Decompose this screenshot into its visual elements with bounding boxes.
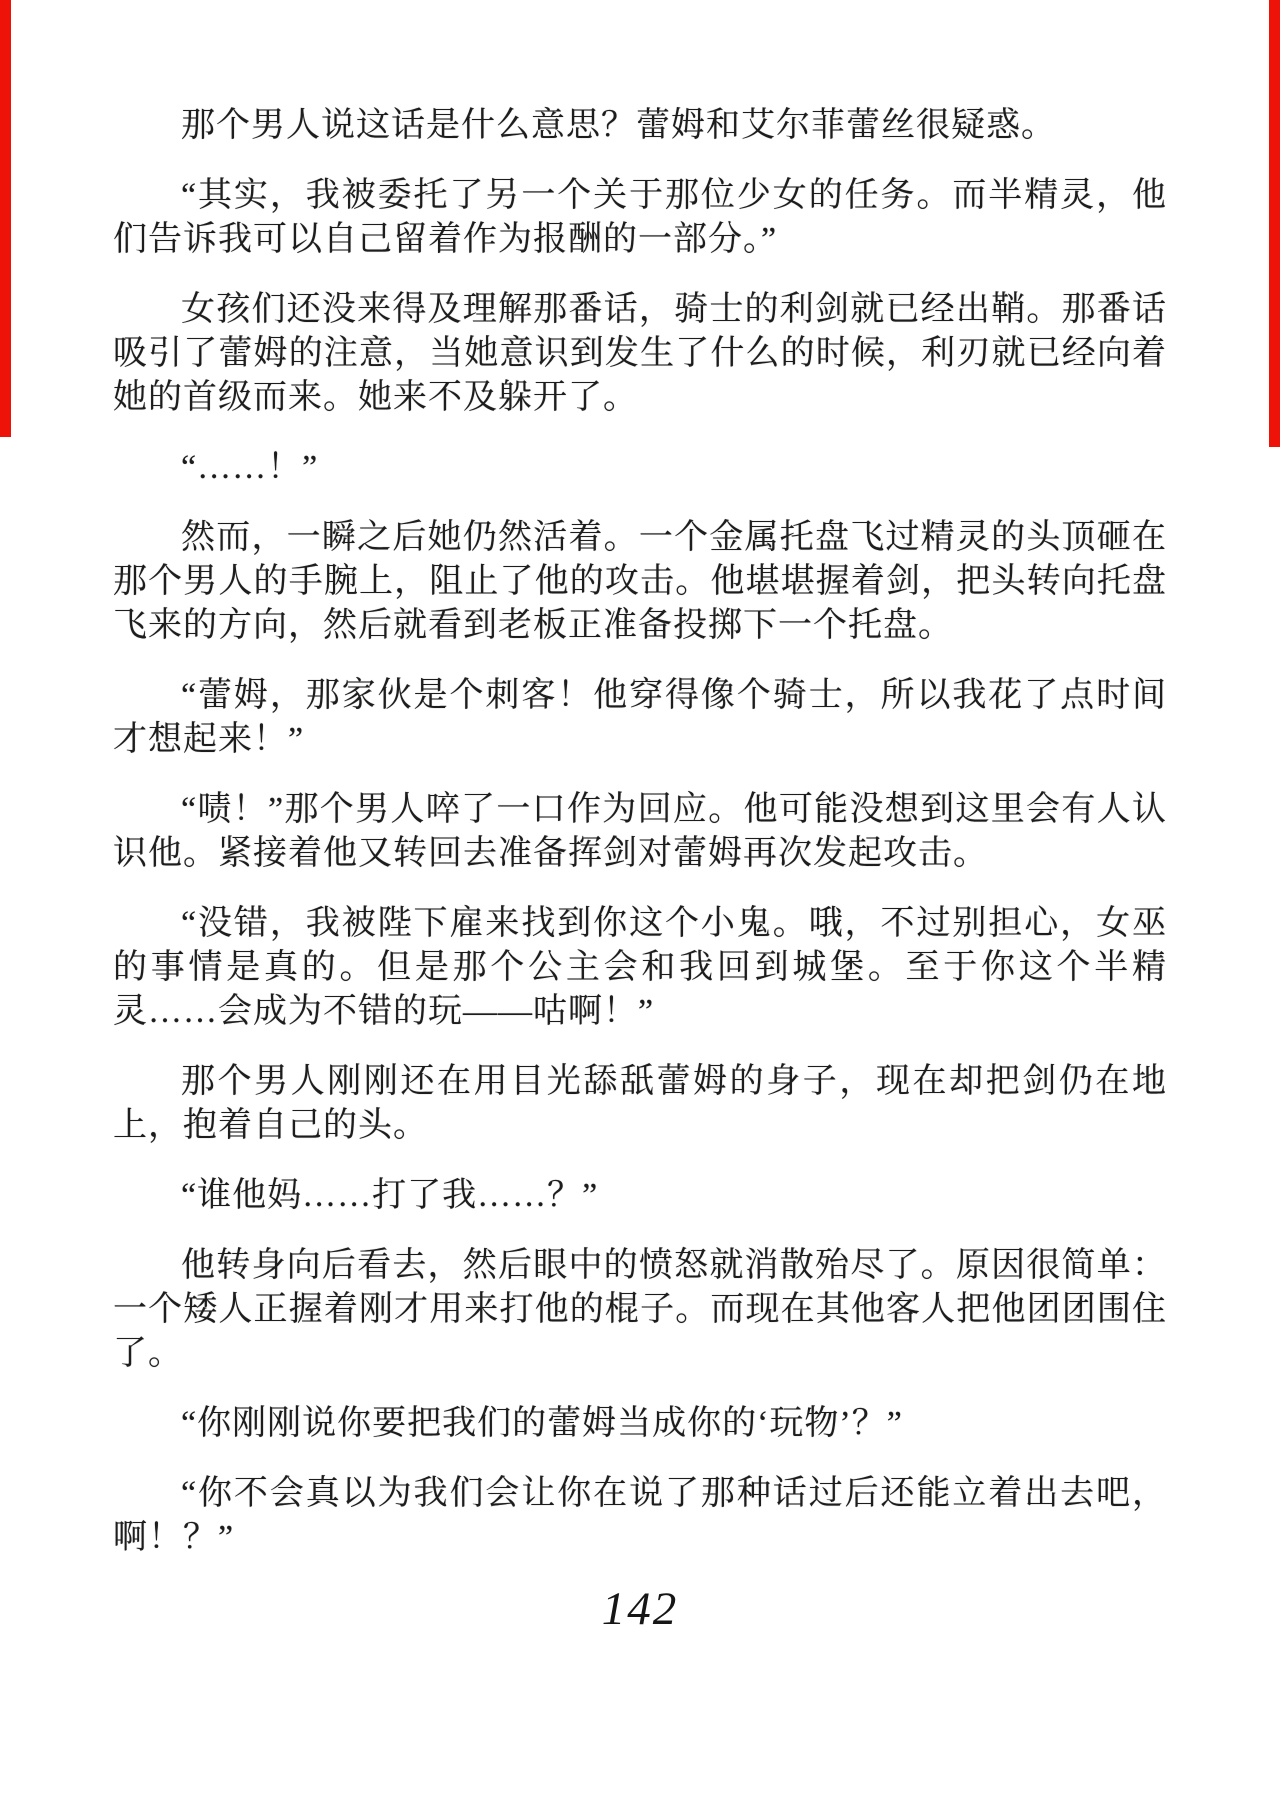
scan-edge-bar-right [1269,0,1280,447]
scan-edge-bar-left [0,0,11,437]
paragraph: “啧！”那个男人啐了一口作为回应。他可能没想到这里会有人认识他。紧接着他又转回去… [113,788,1167,876]
paragraph: “谁他妈……打了我……？” [113,1174,1167,1218]
paragraph: 那个男人刚刚还在用目光舔舐蕾姆的身子，现在却把剑仍在地上，抱着自己的头。 [113,1060,1167,1148]
novel-page: 那个男人说这话是什么意思？蕾姆和艾尔菲蕾丝很疑惑。 “其实，我被委托了另一个关于… [0,0,1280,1816]
paragraph: “……！” [113,446,1167,490]
paragraph: “你刚刚说你要把我们的蕾姆当成你的‘玩物’？” [113,1402,1167,1446]
paragraph: 女孩们还没来得及理解那番话，骑士的利剑就已经出鞘。那番话吸引了蕾姆的注意，当她意… [113,288,1167,420]
page-number: 142 [0,1582,1280,1636]
paragraph: 然而，一瞬之后她仍然活着。一个金属托盘飞过精灵的头顶砸在那个男人的手腕上，阻止了… [113,516,1167,648]
body-text: 那个男人说这话是什么意思？蕾姆和艾尔菲蕾丝很疑惑。 “其实，我被委托了另一个关于… [113,104,1167,1586]
paragraph: 那个男人说这话是什么意思？蕾姆和艾尔菲蕾丝很疑惑。 [113,104,1167,148]
paragraph: “蕾姆，那家伙是个刺客！他穿得像个骑士，所以我花了点时间才想起来！” [113,674,1167,762]
paragraph: “你不会真以为我们会让你在说了那种话过后还能立着出去吧，啊！？” [113,1472,1167,1560]
paragraph: “没错，我被陛下雇来找到你这个小鬼。哦，不过别担心，女巫的事情是真的。但是那个公… [113,902,1167,1034]
paragraph: “其实，我被委托了另一个关于那位少女的任务。而半精灵，他们告诉我可以自己留着作为… [113,174,1167,262]
paragraph: 他转身向后看去，然后眼中的愤怒就消散殆尽了。原因很简单：一个矮人正握着刚才用来打… [113,1244,1167,1376]
